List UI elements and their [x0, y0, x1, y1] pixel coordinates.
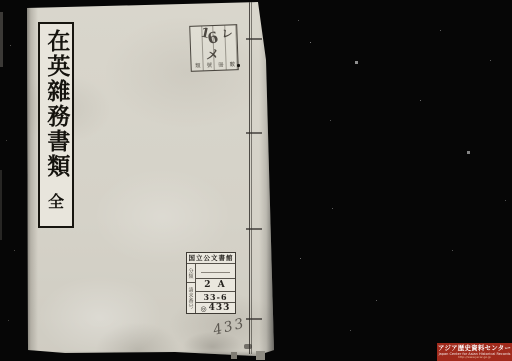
blank-write-line [201, 272, 229, 273]
stitch-mark [246, 132, 262, 134]
pencil-number: 433 [212, 315, 248, 338]
archive-label-side-column: 分類 請求番号 [187, 264, 196, 313]
call-number-section: 請求番号 [187, 283, 195, 313]
call-number-value: 433 [209, 303, 231, 313]
stitch-mark [244, 344, 252, 349]
stamp-column-footer: 數 [227, 61, 235, 68]
call-number-line-3: ◎ 433 [196, 303, 235, 313]
scan-edge-noise [0, 12, 3, 67]
title-text: 在英雜務書類 [42, 29, 71, 179]
call-number-section-label: 請求番号 [188, 287, 195, 309]
binding-stitch-line [249, 2, 252, 354]
archive-label-body: 分類 請求番号 2 A 33-6 ◎ 433 [187, 264, 235, 313]
stitch-mark [246, 228, 262, 230]
archive-label-header: 国立公文書館 [187, 253, 235, 264]
page-edge-tab [231, 352, 237, 359]
handwritten-mark: レ [221, 25, 234, 42]
call-number-mark: ◎ [201, 304, 207, 313]
page-edge-tab [256, 351, 265, 360]
stamp-column-footer: 類 [193, 62, 201, 69]
scan-edge-noise [0, 170, 2, 240]
cover-bottom-edge-fade [25, 351, 275, 361]
classification-blank-row [196, 264, 235, 279]
cover-right-edge-fade [259, 0, 275, 361]
classification-stamp: 類 號 冊 數 1 6 レ メ [189, 24, 239, 72]
spine-shadow [25, 0, 38, 361]
volume-marker: 全 [48, 189, 64, 212]
dust-specks [0, 0, 1, 1]
classification-section: 分類 [187, 264, 195, 283]
archive-label-rows: 2 A 33-6 ◎ 433 [196, 264, 235, 313]
scan-photo: 在英雜務書類 全 類 號 冊 數 1 6 レ メ 国立公文書館 [0, 0, 512, 361]
watermark-url: http://www.jacar.go.jp [458, 356, 491, 360]
book-cover: 在英雜務書類 全 類 號 冊 數 1 6 レ メ 国立公文書館 [25, 0, 275, 361]
classification-section-label: 分類 [188, 268, 195, 279]
archive-label: 国立公文書館 分類 請求番号 2 A 33-6 [186, 252, 236, 314]
stitch-mark [246, 38, 262, 40]
jacar-watermark: アジア歴史資料センター Japan Center for Asian Histo… [437, 343, 512, 361]
watermark-title: アジア歴史資料センター [438, 345, 511, 352]
ink-dot [237, 64, 240, 67]
stitch-mark [246, 318, 262, 320]
call-number-line-1: 2 A [196, 279, 235, 292]
title-label: 在英雜務書類 全 [38, 22, 74, 228]
handwritten-mark: メ [206, 44, 220, 63]
call-number-line-2: 33-6 [196, 292, 235, 303]
